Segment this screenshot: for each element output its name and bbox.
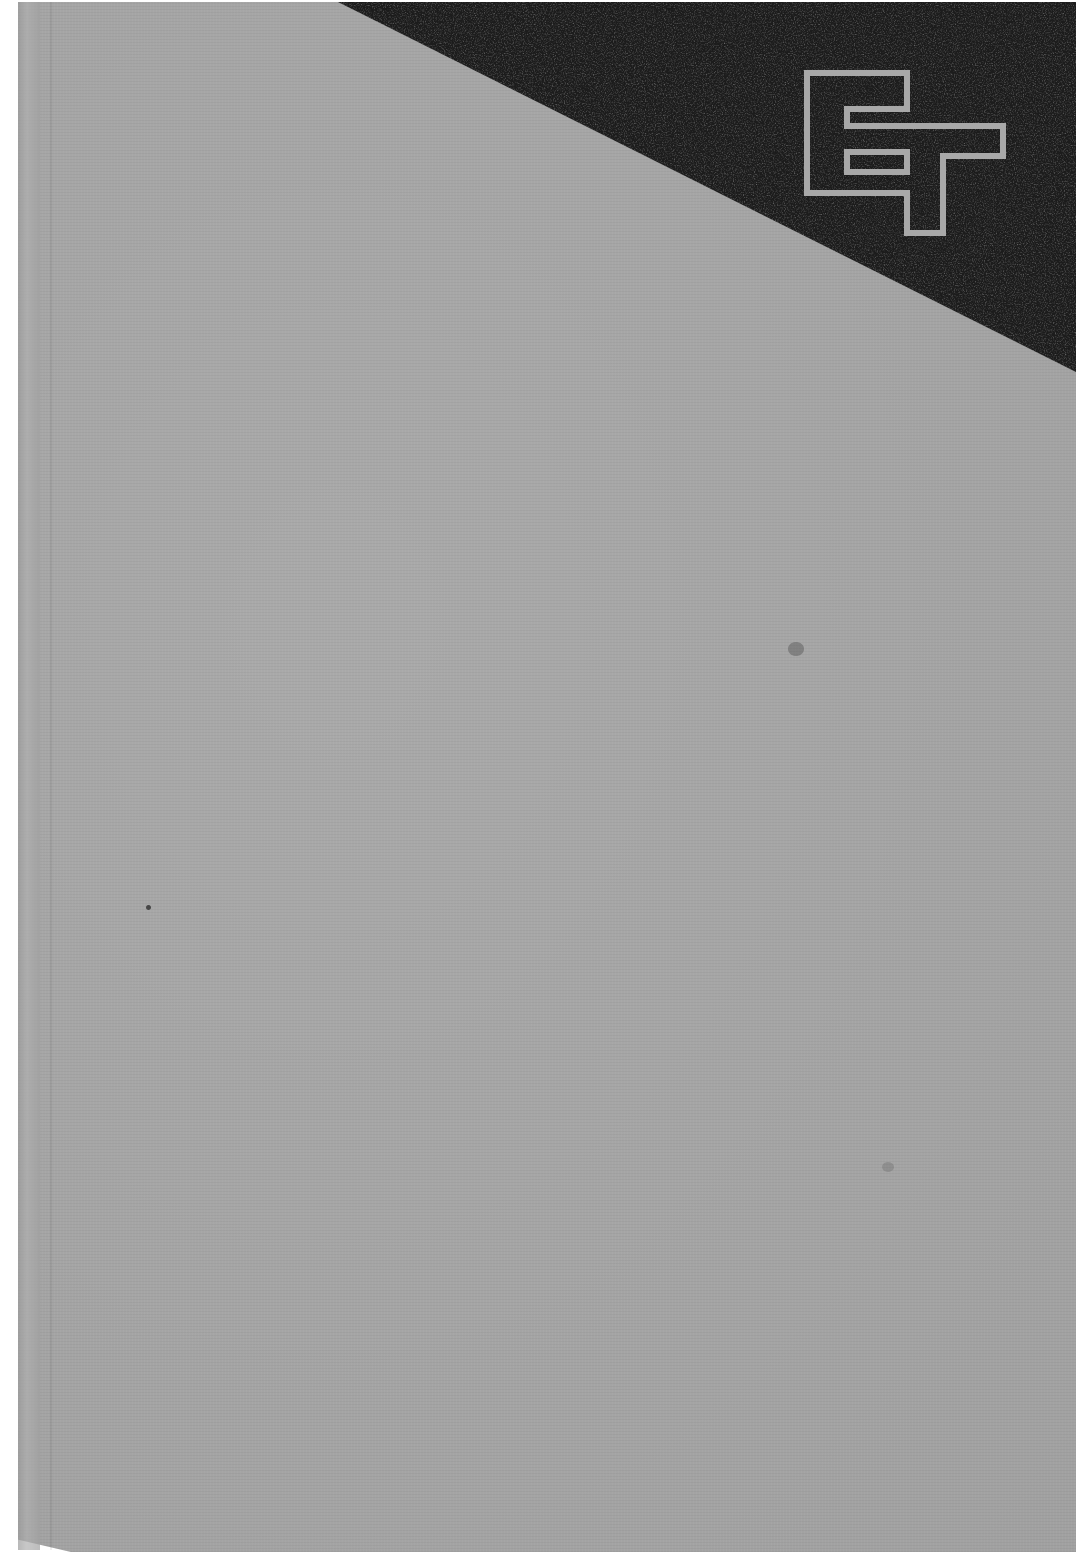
stain xyxy=(146,905,151,910)
stain xyxy=(882,1162,894,1172)
stain xyxy=(788,642,804,656)
spine-hinge xyxy=(18,2,40,1550)
hinge-line xyxy=(50,2,52,1550)
et-monogram-icon xyxy=(800,66,1010,240)
